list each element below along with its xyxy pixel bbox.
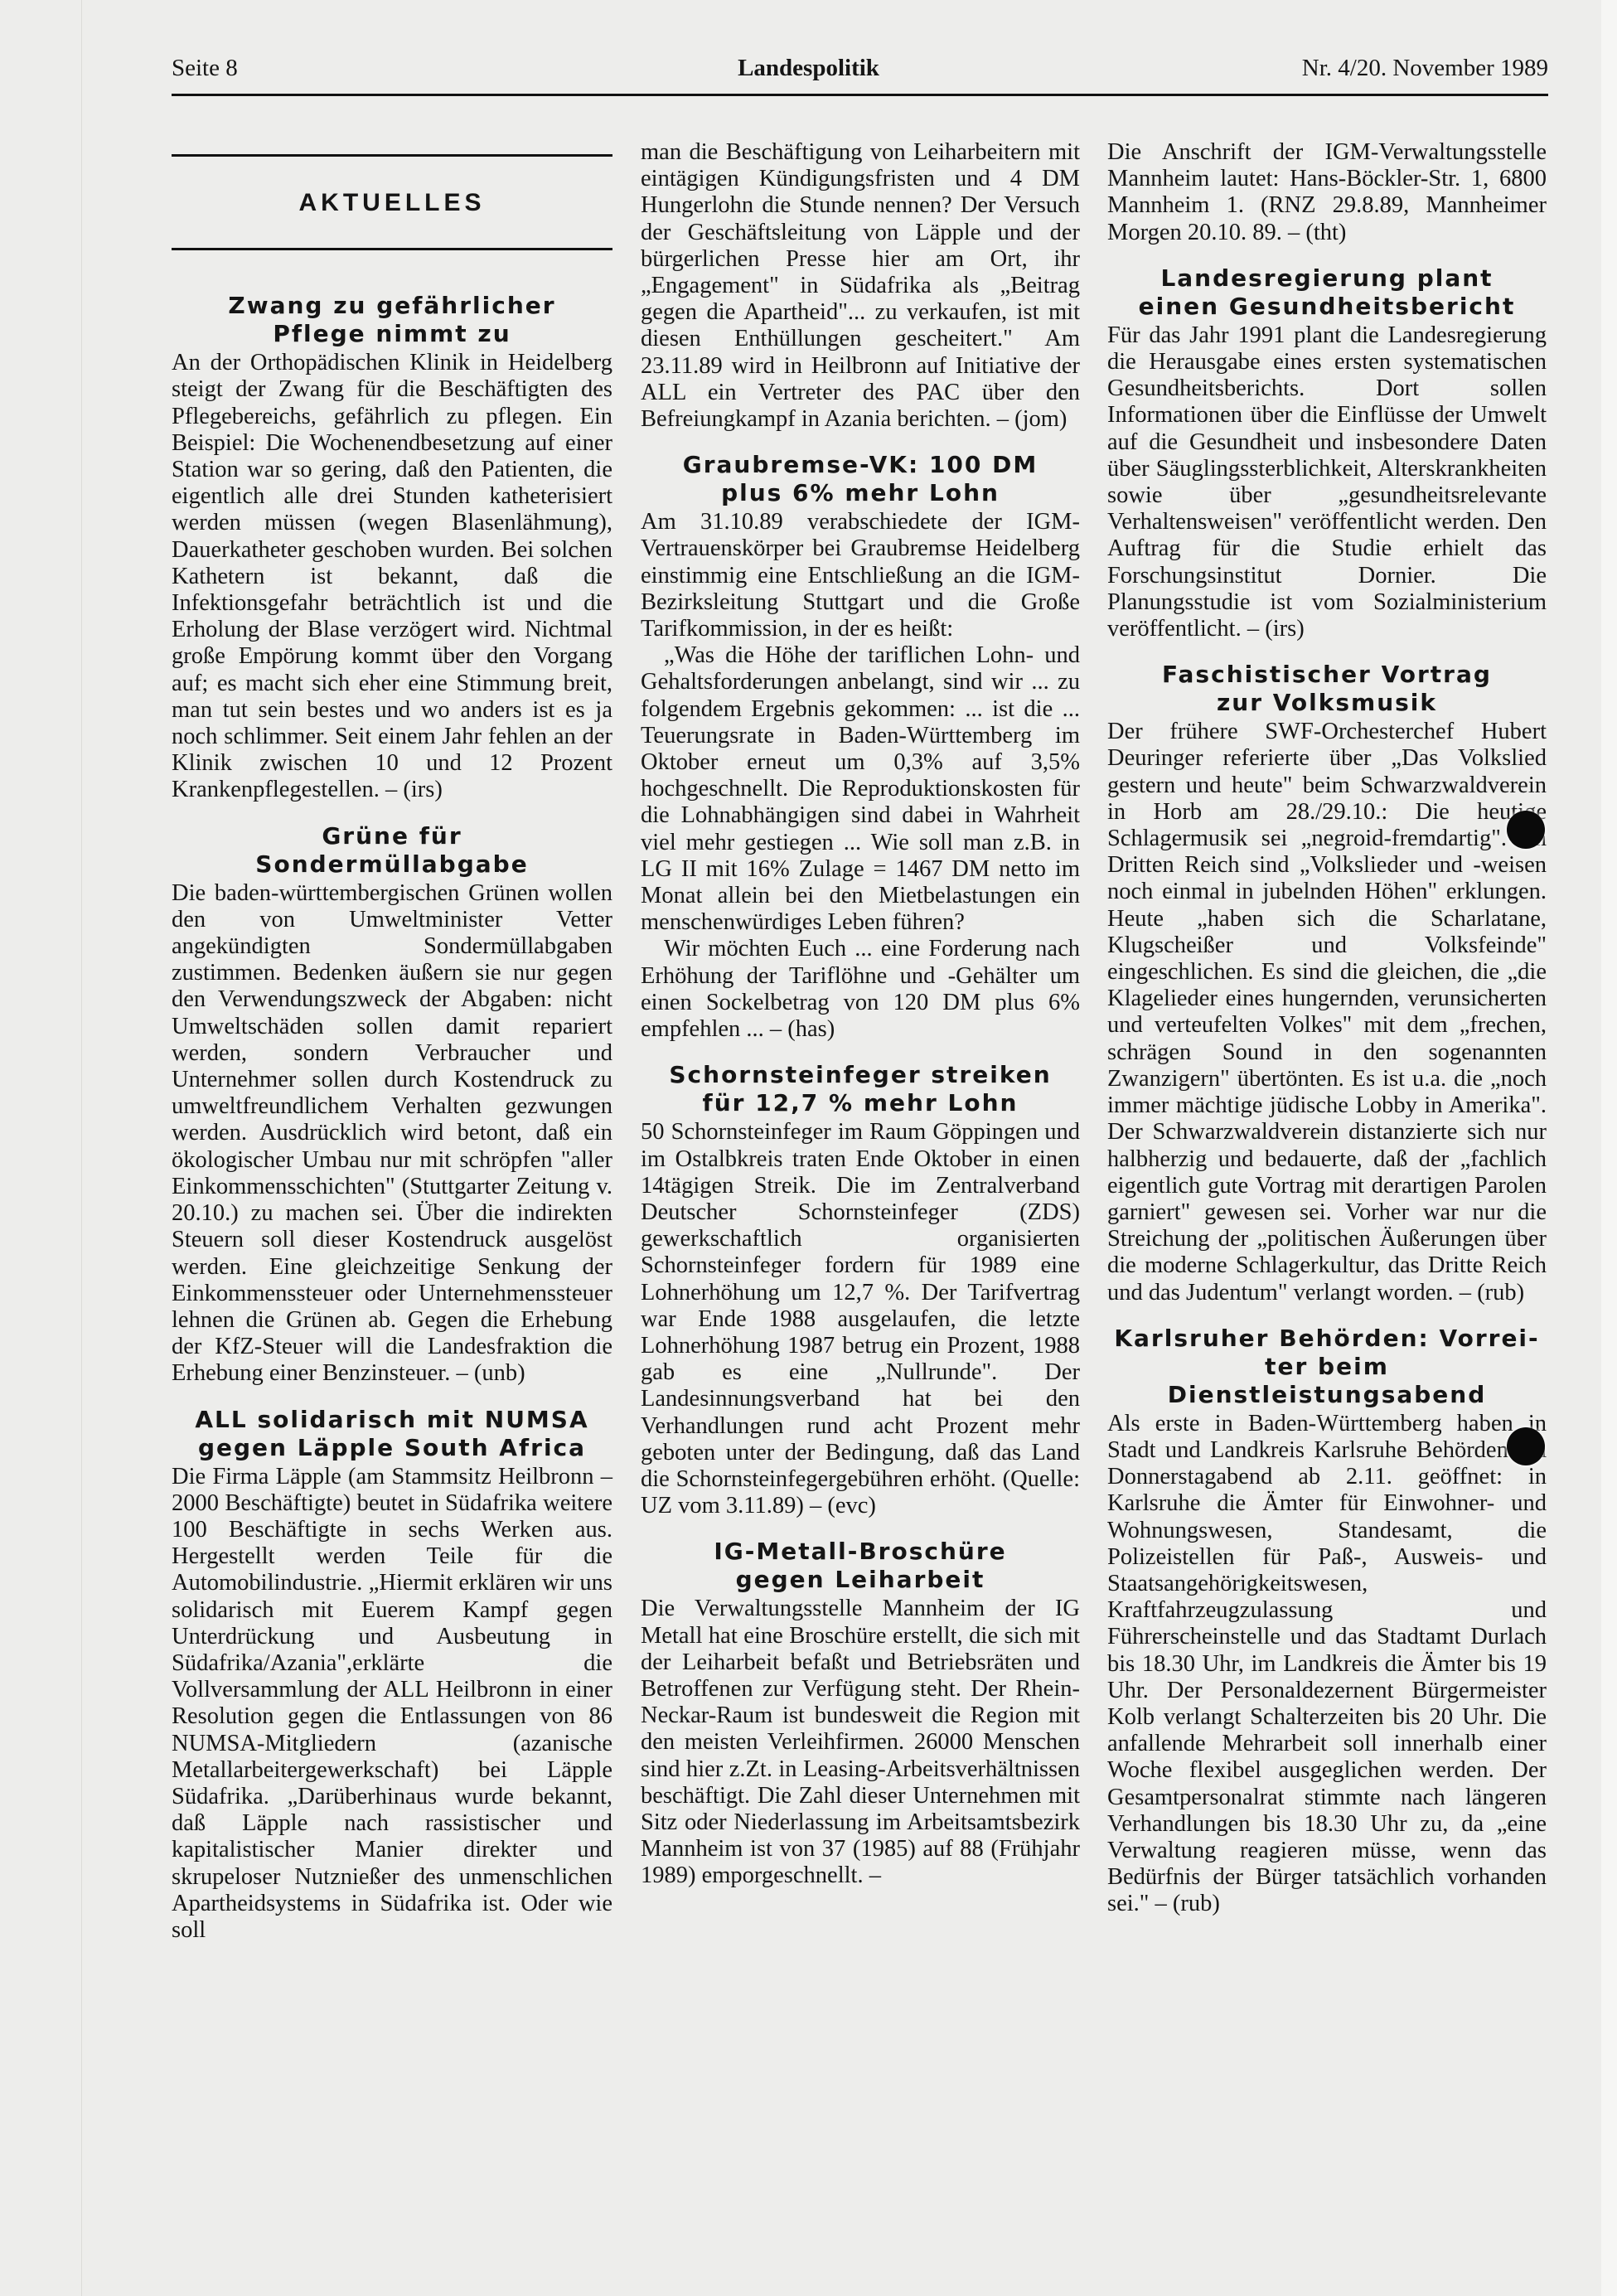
article-karlsruhe: Karlsruher Behörden: Vorrei- ter beim Di… — [1107, 1325, 1547, 1918]
column-middle: man die Beschäftigung von Leiharbeitern … — [641, 139, 1080, 1890]
article-volksmusik: Faschistischer Vortrag zur Volksmusik De… — [1107, 661, 1547, 1305]
paragraph-text: Der frühere SWF-Orchesterchef Hubert Deu… — [1107, 719, 1547, 1305]
rubric-title: AKTUELLES — [172, 157, 612, 248]
article-numsa: ALL solidarisch mit NUMSA gegen Läpple S… — [172, 1406, 612, 1945]
headline-line: gegen Leiharbeit — [641, 1566, 1080, 1594]
article-headline: Schornsteinfeger streiken für 12,7 % meh… — [641, 1061, 1080, 1117]
article-headline: Faschistischer Vortrag zur Volksmusik — [1107, 661, 1547, 717]
column-right: Die Anschrift der IGM-Verwaltungsstelle … — [1107, 139, 1547, 1918]
article-graubremse: Graubremse-VK: 100 DM plus 6% mehr Lohn … — [641, 451, 1080, 1043]
author-tag: (rub) — [1173, 1891, 1220, 1916]
headline-line: zur Volksmusik — [1107, 689, 1547, 717]
headline-line: Schornsteinfeger streiken — [641, 1061, 1080, 1089]
paragraph-text: Als erste in Baden-Württemberg haben in … — [1107, 1411, 1547, 1917]
section-title-text: Landespolitik — [738, 55, 879, 81]
headline-line: ALL solidarisch mit NUMSA — [172, 1406, 612, 1434]
headline-line: IG-Metall-Broschüre — [641, 1538, 1080, 1566]
article-paragraph: Die Anschrift der IGM-Verwaltungsstelle … — [1107, 139, 1547, 246]
article-paragraph: Am 31.10.89 verabschiedete der IGM-Vertr… — [641, 509, 1080, 642]
headline-line: Karlsruher Behörden: Vorrei- — [1107, 1325, 1547, 1353]
headline-line: ter beim Dienstleistungsabend — [1107, 1353, 1547, 1409]
author-tag: (evc) — [827, 1493, 876, 1519]
author-tag: (tht) — [1305, 220, 1346, 245]
author-tag: (irs) — [1265, 616, 1304, 642]
article-headline: IG-Metall-Broschüre gegen Leiharbeit — [641, 1538, 1080, 1594]
paragraph-text: An der Orthopädischen Klinik in Heidelbe… — [172, 350, 612, 802]
article-schornsteinfeger: Schornsteinfeger streiken für 12,7 % meh… — [641, 1061, 1080, 1519]
author-tag: (irs) — [403, 777, 442, 802]
article-headline: ALL solidarisch mit NUMSA gegen Läpple S… — [172, 1406, 612, 1462]
headline-line: Landesregierung plant — [1107, 264, 1547, 293]
rubric-box: AKTUELLES — [172, 154, 612, 250]
article-paragraph: Als erste in Baden-Württemberg haben in … — [1107, 1411, 1547, 1918]
author-tag: (has) — [787, 1016, 835, 1042]
article-leiharbeit-continued: Die Anschrift der IGM-Verwaltungsstelle … — [1107, 139, 1547, 246]
article-gruene: Grüne für Sondermüllabgabe Die baden-wür… — [172, 822, 612, 1388]
issue-date: Nr. 4/20. November 1989 — [1302, 51, 1548, 85]
page-edge — [81, 0, 82, 2296]
headline-line: für 12,7 % mehr Lohn — [641, 1089, 1080, 1117]
article-pflege: Zwang zu gefährlicher Pflege nimmt zu An… — [172, 292, 612, 803]
headline-line: Faschistischer Vortrag — [1107, 661, 1547, 689]
article-numsa-continued: man die Beschäftigung von Leiharbeitern … — [641, 139, 1080, 433]
article-paragraph: Die baden-württembergischen Grünen wolle… — [172, 880, 612, 1388]
paragraph-text: Wir möchten Euch ... eine Forderung nach… — [641, 936, 1080, 1042]
author-tag: (jom) — [1014, 406, 1067, 432]
article-paragraph: „Was die Höhe der tariflichen Lohn- und … — [641, 642, 1080, 936]
article-paragraph: Für das Jahr 1991 plant die Landesregier… — [1107, 322, 1547, 642]
article-paragraph: man die Beschäftigung von Leiharbeitern … — [641, 139, 1080, 433]
article-headline: Grüne für Sondermüllabgabe — [172, 822, 612, 879]
article-leiharbeit: IG-Metall-Broschüre gegen Leiharbeit Die… — [641, 1538, 1080, 1889]
paragraph-text: man die Beschäftigung von Leiharbeitern … — [641, 139, 1080, 432]
column-left: AKTUELLES Zwang zu gefährlicher Pflege n… — [172, 139, 612, 1944]
article-gesundheitsbericht: Landesregierung plant einen Gesundheitsb… — [1107, 264, 1547, 642]
article-headline: Graubremse-VK: 100 DM plus 6% mehr Lohn — [641, 451, 1080, 507]
hole-punch-mark — [1507, 1427, 1545, 1465]
headline-line: Sondermüllabgabe — [172, 850, 612, 879]
headline-line: Pflege nimmt zu — [172, 320, 612, 348]
header-rule — [172, 94, 1548, 96]
article-paragraph: Der frühere SWF-Orchesterchef Hubert Deu… — [1107, 719, 1547, 1305]
paragraph-text: 50 Schornsteinfeger im Raum Göppingen un… — [641, 1119, 1080, 1519]
headline-line: Grüne für — [172, 822, 612, 850]
article-paragraph: Die Verwaltungsstelle Mannheim der IG Me… — [641, 1596, 1080, 1889]
article-headline: Zwang zu gefährlicher Pflege nimmt zu — [172, 292, 612, 348]
article-paragraph: Wir möchten Euch ... eine Forderung nach… — [641, 936, 1080, 1043]
headline-line: einen Gesundheitsbericht — [1107, 293, 1547, 321]
article-headline: Karlsruher Behörden: Vorrei- ter beim Di… — [1107, 1325, 1547, 1409]
article-paragraph: 50 Schornsteinfeger im Raum Göppingen un… — [641, 1119, 1080, 1519]
article-paragraph: An der Orthopädischen Klinik in Heidelbe… — [172, 350, 612, 803]
paragraph-text: Die baden-württembergischen Grünen wolle… — [172, 880, 612, 1387]
hole-punch-mark — [1507, 811, 1545, 849]
headline-line: gegen Läpple South Africa — [172, 1434, 612, 1462]
author-tag: (rub) — [1477, 1280, 1524, 1305]
headline-line: plus 6% mehr Lohn — [641, 479, 1080, 507]
headline-line: Zwang zu gefährlicher — [172, 292, 612, 320]
paragraph-text: Für das Jahr 1991 plant die Landesregier… — [1107, 322, 1547, 642]
page-edge — [1601, 0, 1617, 2296]
page-number: Seite 8 — [172, 51, 238, 85]
article-paragraph: Die Firma Läpple (am Stammsitz Heilbronn… — [172, 1464, 612, 1945]
headline-line: Graubremse-VK: 100 DM — [641, 451, 1080, 479]
author-tag: (unb) — [474, 1360, 525, 1386]
article-headline: Landesregierung plant einen Gesundheitsb… — [1107, 264, 1547, 321]
